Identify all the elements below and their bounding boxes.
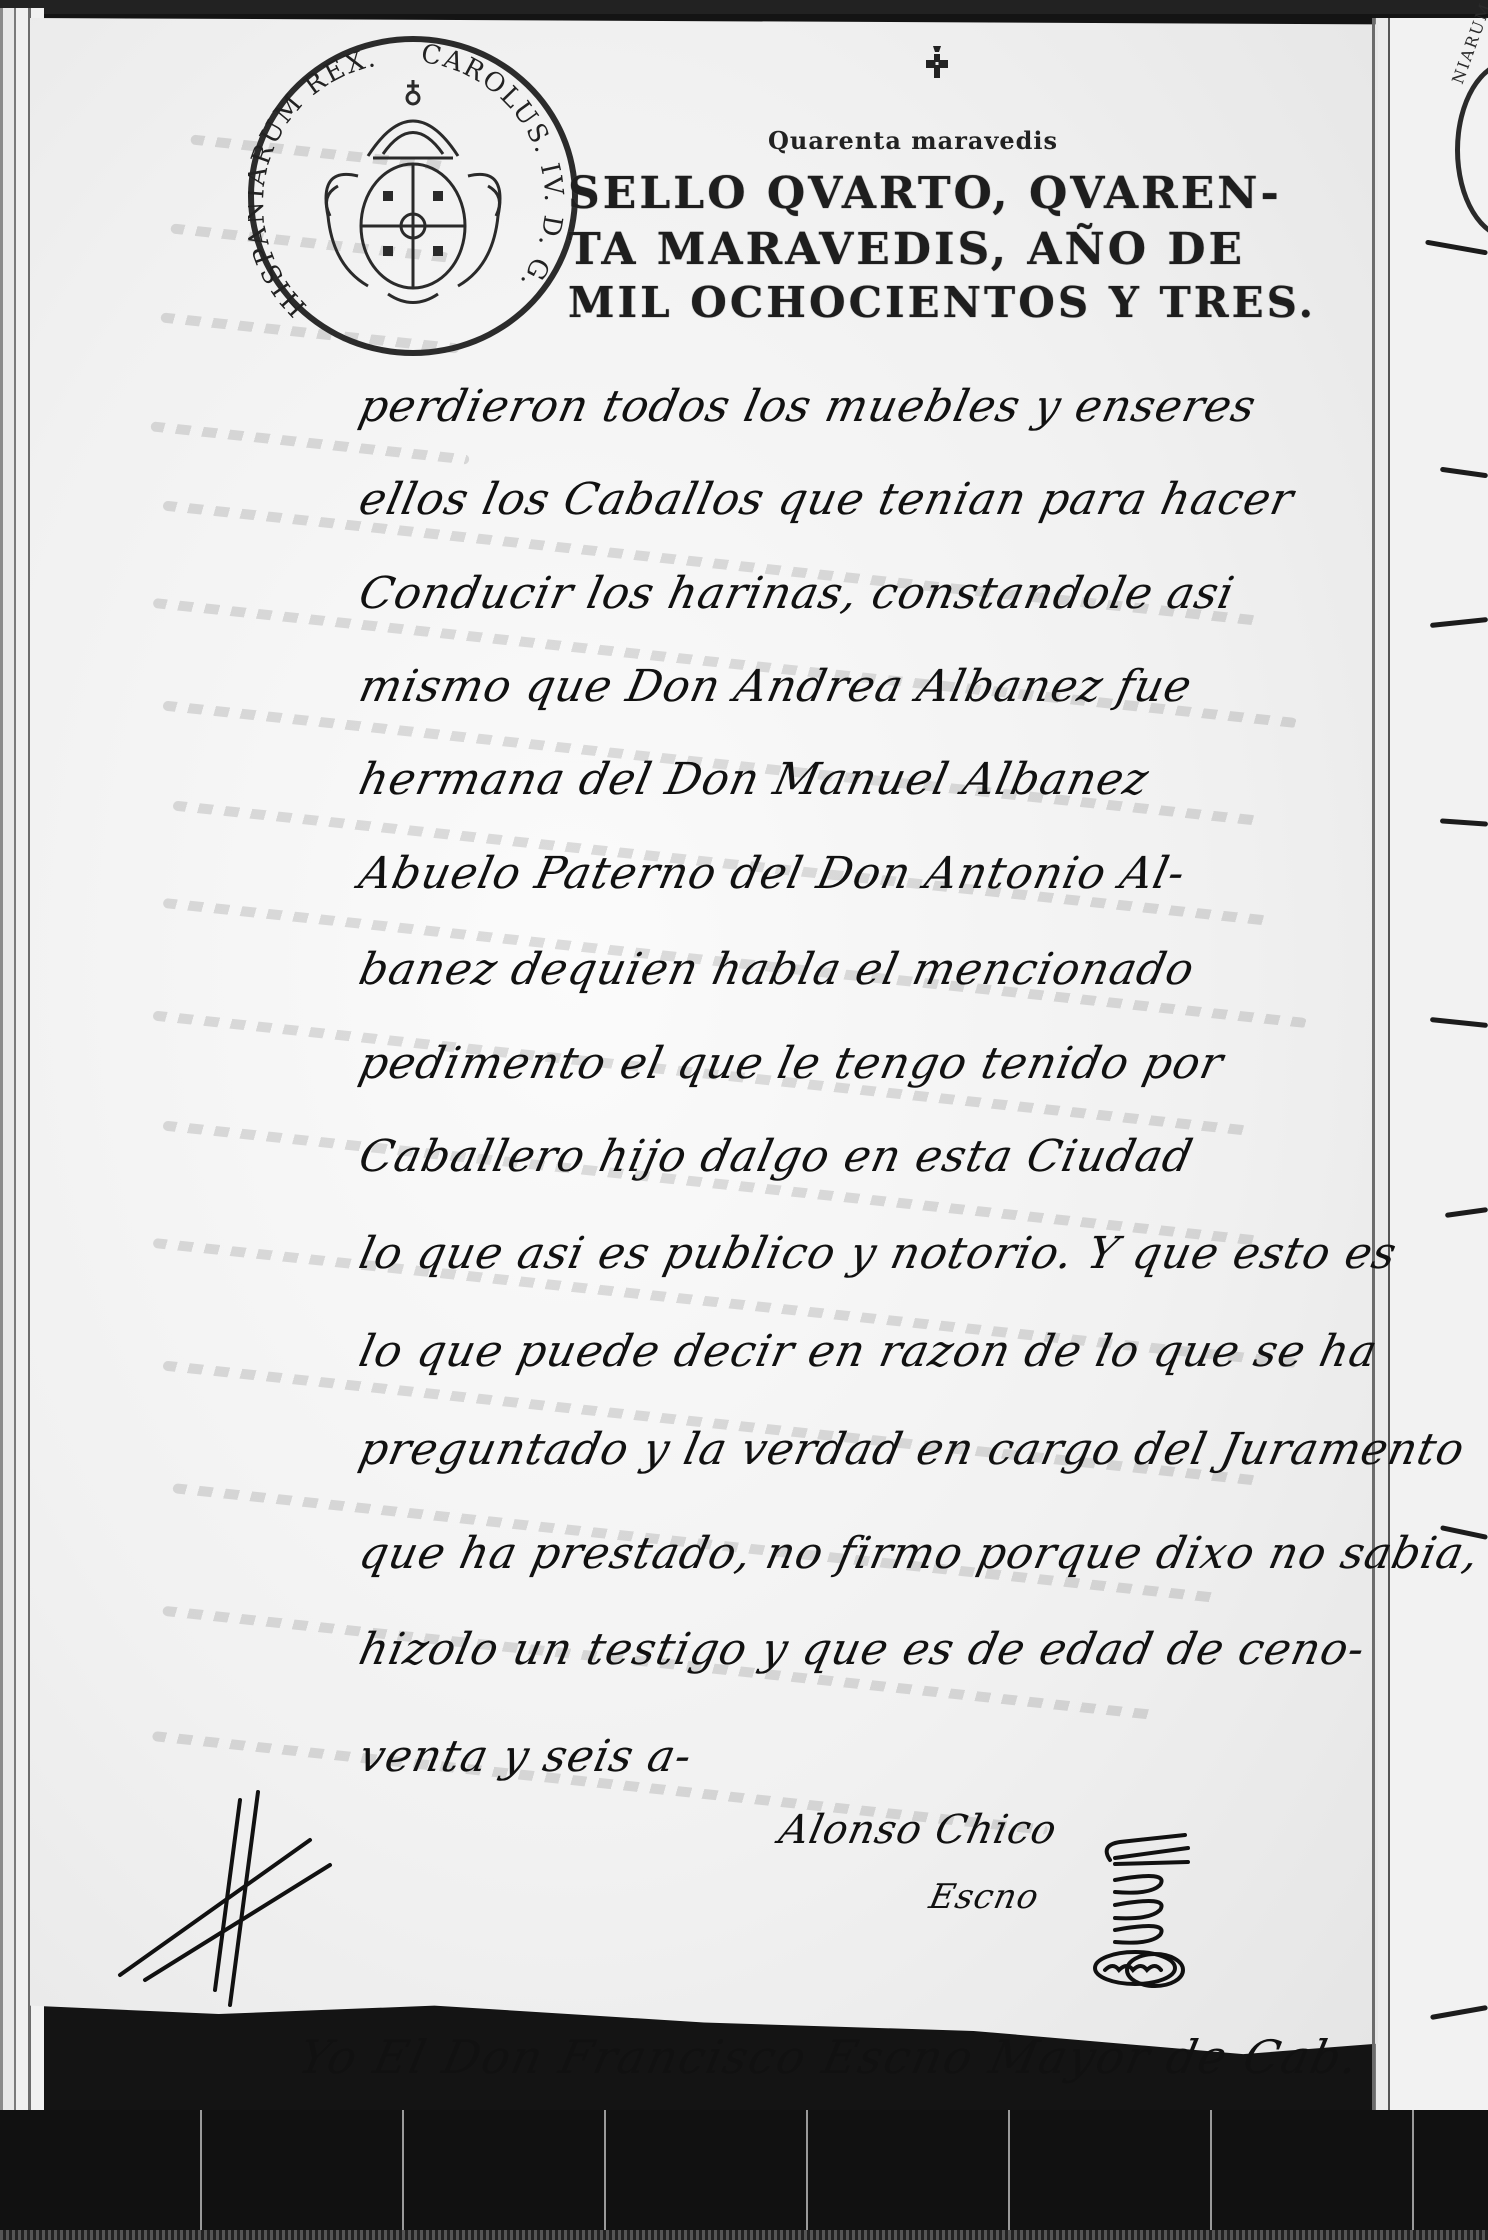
final-handwritten-line: Yo El Don Francisco Escno Mayor de Cab.: [294, 2030, 1365, 2084]
seal-text-right: CAROLUS. IV. D. G.: [419, 39, 569, 296]
handwritten-line: Conducir los harinas, constandole asi: [355, 572, 1374, 616]
handwritten-line: lo que asi es publico y notorio. Y que e…: [355, 1232, 1374, 1276]
handwritten-line: Caballero hijo dalgo en esta Ciudad: [355, 1135, 1374, 1179]
handwritten-line: Abuelo Paterno del Don Antonio Al-: [355, 852, 1374, 896]
notary-rubric-icon: [1090, 1830, 1190, 1990]
stamp-line-2: TA MARAVEDIS, AÑO DE: [568, 228, 1268, 272]
handwritten-line: perdieron todos los muebles y enseres: [355, 385, 1374, 429]
royal-seal-emblem: HISPANIARUM REX. CAROLUS. IV. D. G.: [248, 36, 578, 356]
handwritten-line: que ha prestado, no firmo porque dixo no…: [355, 1532, 1374, 1576]
handwritten-line: hizolo un testigo y que es de edad de ce…: [355, 1628, 1374, 1672]
cross-out-mark-icon: [100, 1790, 360, 2030]
stamp-line-1: SELLO QVARTO, QVAREN-: [568, 172, 1268, 216]
coat-of-arms-icon: [326, 164, 500, 303]
handwritten-line: banez dequien habla el mencionado: [355, 948, 1374, 992]
handwritten-line: lo que puede decir en razon de lo que se…: [355, 1330, 1374, 1374]
handwritten-line: mismo que Don Andrea Albanez fue: [355, 665, 1374, 709]
dark-background: [0, 2110, 1488, 2240]
handwritten-line: preguntado y la verdad en cargo del Jura…: [355, 1428, 1374, 1472]
handwritten-line: ellos los Caballos que tenian para hacer: [355, 478, 1374, 522]
cross-emblem-icon: [920, 44, 954, 84]
handwritten-line: hermana del Don Manuel Albanez: [355, 758, 1374, 802]
signature-title: Escno: [926, 1880, 1488, 1914]
stamp-line-3: MIL OCHOCIENTOS Y TRES.: [568, 282, 1268, 324]
crown-icon: [368, 80, 458, 158]
background-fringe: [0, 2230, 1488, 2240]
top-edge: [0, 0, 1488, 14]
handwritten-line: venta y seis a-: [355, 1735, 1374, 1779]
svg-text:CAROLUS. IV. D. G.: CAROLUS. IV. D. G.: [419, 39, 569, 296]
handwritten-line: pedimento el que le tengo tenido por: [355, 1042, 1374, 1086]
stamp-denomination: Quarenta maravedis: [768, 126, 1058, 155]
